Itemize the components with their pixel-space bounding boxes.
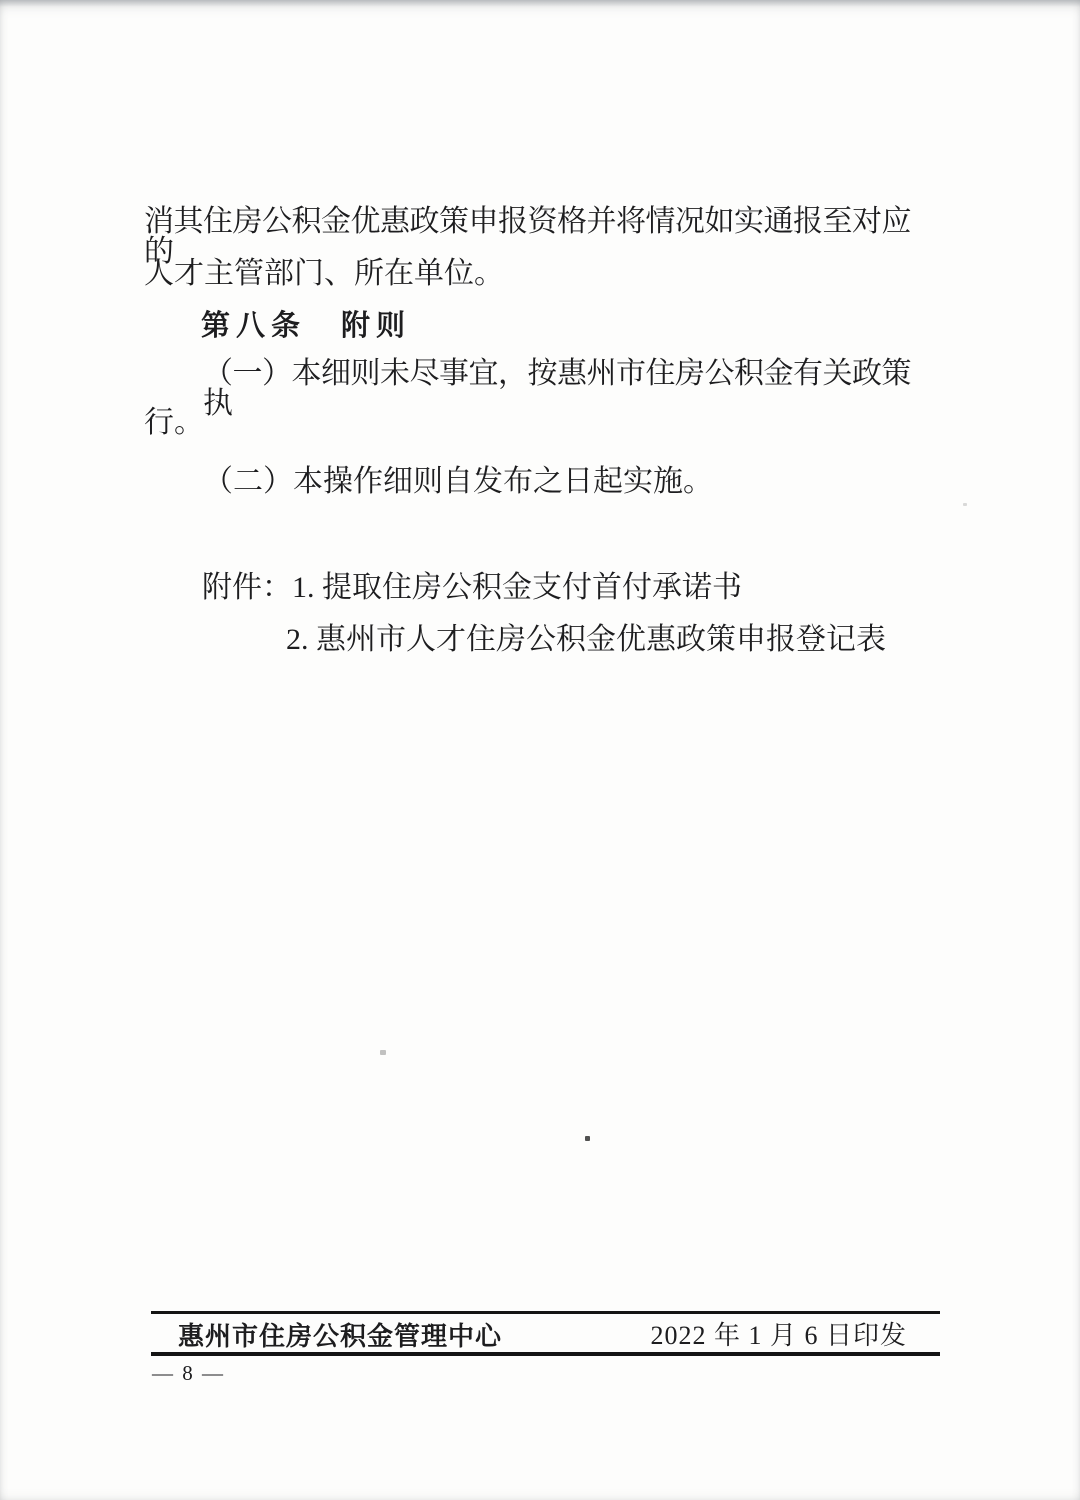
scan-speck bbox=[585, 1136, 590, 1141]
footer-rule-bottom bbox=[151, 1352, 940, 1356]
scan-edge-shadow bbox=[0, 0, 1080, 7]
article-8-heading: 第八条 附则 bbox=[201, 312, 411, 341]
body-line-2: 人才主管部门、所在单位。 bbox=[144, 259, 504, 289]
scan-speck bbox=[380, 1050, 386, 1055]
footer-issuer: 惠州市住房公积金管理中心 bbox=[178, 1323, 502, 1349]
scan-speck bbox=[963, 503, 967, 506]
clause-2-line: （二）本操作细则自发布之日起实施。 bbox=[203, 467, 713, 497]
footer-print-date: 2022 年 1 月 6 日印发 bbox=[650, 1323, 907, 1349]
page-number: — 8 — bbox=[152, 1362, 225, 1385]
clause-1-line-2: 行。 bbox=[144, 408, 204, 438]
attachments-line-1: 附件：1. 提取住房公积金支付首付承诺书 bbox=[202, 573, 742, 603]
footer-row: 惠州市住房公积金管理中心 2022 年 1 月 6 日印发 bbox=[151, 1322, 940, 1350]
clause-1-line-1: （一）本细则未尽事宜，按惠州市住房公积金有关政策执 bbox=[203, 359, 911, 419]
document-page: 消其住房公积金优惠政策申报资格并将情况如实通报至对应的 人才主管部门、所在单位。… bbox=[0, 0, 1080, 1500]
attachments-line-2: 2. 惠州市人才住房公积金优惠政策申报登记表 bbox=[286, 625, 886, 655]
footer-rule-top bbox=[151, 1311, 940, 1314]
